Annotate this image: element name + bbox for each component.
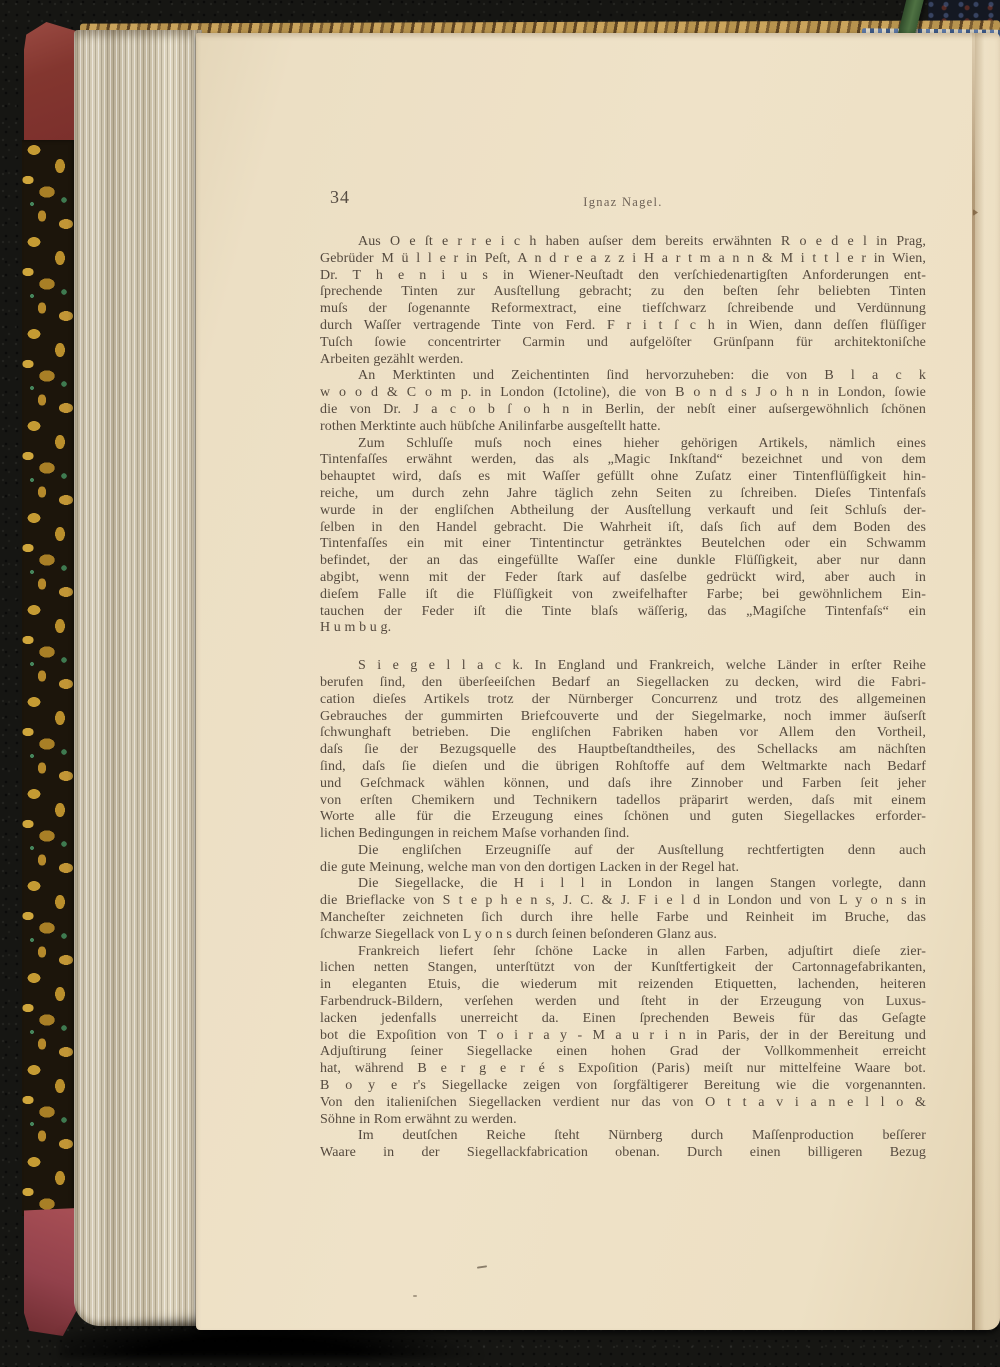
marbled-cover <box>22 140 76 1216</box>
text-line: dieſem Falle iſt die Flüſſigkeit von zwe… <box>320 587 926 604</box>
text-line: ſchwunghaft betrieben. Die engliſchen Fa… <box>320 725 926 742</box>
text-line: Worte alle für die Erzeugung eines ſchön… <box>320 809 926 826</box>
text-block: Aus O e ſt e r r e i c h haben auſser de… <box>320 234 926 1162</box>
leather-spine-corner-top <box>24 22 80 148</box>
text-line: S i e g e l l a c k. In England und Fran… <box>320 658 926 675</box>
text-line: Gebrauches der gummirten Briefcouverte u… <box>320 709 926 726</box>
text-line: Gebrüder M ü l l e r in Peſt, A n d r e … <box>320 251 926 268</box>
text-line: lichen netten Stangen, unterſtützt von d… <box>320 960 926 977</box>
text-line: Arbeiten gezählt werden. <box>320 352 926 369</box>
text-line: B o y e r's Siegellacke zeigen von ſorgf… <box>320 1078 926 1095</box>
text-line: die Brieflacke von S t e p h e n s, J. C… <box>320 893 926 910</box>
text-line: Söhne in Rom erwähnt zu werden. <box>320 1112 926 1129</box>
paragraph: Aus O e ſt e r r e i c h haben auſser de… <box>320 234 926 368</box>
text-line: ſind, daſs ſie dieſen und die übrigen Ro… <box>320 759 926 776</box>
text-line: Die Siegellacke, die H i l l in London i… <box>320 876 926 893</box>
paragraph: An Merktinten und Zeichentinten ſind her… <box>320 368 926 435</box>
text-line: reiche, um durch zehn Jahre täglich zehn… <box>320 486 926 503</box>
text-line: tauchen der Feder iſt die Tinte blaſs wä… <box>320 604 926 621</box>
text-line: Tuſch ſowie concentrirter Carmin und auf… <box>320 335 926 352</box>
text-line: von erſten Chemikern und Technikern tade… <box>320 793 926 810</box>
text-line: H u m b u g. <box>320 620 926 637</box>
text-line: die von Dr. J a c o b ſ o h n in Berlin,… <box>320 402 926 419</box>
text-line: bot die Expoſition von T o i r a y - M a… <box>320 1028 926 1045</box>
text-line: rothen Merktinte auch hübſche Anilinfarb… <box>320 419 926 436</box>
paragraph: Die Siegellacke, die H i l l in London i… <box>320 876 926 943</box>
text-line: ſprechende Tinten zur Ausſtellung gebrac… <box>320 284 926 301</box>
fore-edge <box>975 33 1000 1330</box>
text-line: Dr. T h e n i u s in Wiener-Neuſtadt den… <box>320 268 926 285</box>
text-line: in eleganten Etuis, die wiederum mit rei… <box>320 977 926 994</box>
text-line: Frankreich liefert ſehr ſchöne Lacke in … <box>320 944 926 961</box>
text-line: Aus O e ſt e r r e i c h haben auſser de… <box>320 234 926 251</box>
paragraph: Die engliſchen Erzeugniſſe auf der Ausſt… <box>320 843 926 877</box>
text-line: daſs ſie der Bezugsquelle des Hauptbeſta… <box>320 742 926 759</box>
text-line: An Merktinten und Zeichentinten ſind her… <box>320 368 926 385</box>
text-line: Adjuſtirung ſeiner Siegellacke einen hoh… <box>320 1044 926 1061</box>
text-line: Tintenfaſſes erwähnt werden, das als „Ma… <box>320 452 926 469</box>
text-line: ſchwarze Siegellack von L y o n s durch … <box>320 927 926 944</box>
paragraph: S i e g e l l a c k. In England und Fran… <box>320 658 926 843</box>
text-line: durch Waſſer vertragende Tinte von Ferd.… <box>320 318 926 335</box>
text-line: Die engliſchen Erzeugniſſe auf der Ausſt… <box>320 843 926 860</box>
page-edges-stack <box>74 30 202 1326</box>
text-line: lacken jedenfalls unerreicht da. Einen ſ… <box>320 1011 926 1028</box>
paragraph: Frankreich liefert ſehr ſchöne Lacke in … <box>320 944 926 1129</box>
paragraph: Zum Schluſſe muſs noch eines hieher gehö… <box>320 436 926 638</box>
text-line: die gute Meinung, welche man von den dor… <box>320 860 926 877</box>
ink-speck <box>477 1265 487 1268</box>
book-page: 34 Ignaz Nagel. Aus O e ſt e r r e i c h… <box>196 33 1000 1330</box>
text-line: Zum Schluſſe muſs noch eines hieher gehö… <box>320 436 926 453</box>
text-line: hat, während B e r g e r é s Expoſition … <box>320 1061 926 1078</box>
text-line: lichen Bedingungen in reichem Maſse vorh… <box>320 826 926 843</box>
paragraph: Im deutſchen Reiche ſteht Nürnberg durch… <box>320 1128 926 1162</box>
running-header: Ignaz Nagel. <box>320 195 926 210</box>
text-line: Farbendruck-Bildern, verſehen werden und… <box>320 994 926 1011</box>
text-line: wurde in der engliſchen Abtheilung der A… <box>320 503 926 520</box>
text-line: Waare in der Siegellackfabrication obena… <box>320 1145 926 1162</box>
text-line: berufen ſind, den überſeeiſchen Bedarf a… <box>320 675 926 692</box>
text-line: cation dieſes Artikels trotz der Nürnber… <box>320 692 926 709</box>
text-line: abgibt, wenn mit der Feder ſtark auf das… <box>320 570 926 587</box>
text-line: Im deutſchen Reiche ſteht Nürnberg durch… <box>320 1128 926 1145</box>
text-line: befindet, der an das eingefüllte Waſſer … <box>320 553 926 570</box>
text-line: w o o d & C o m p. in London (Ictoline),… <box>320 385 926 402</box>
ink-speck <box>413 1295 417 1297</box>
text-line: Von den italieniſchen Siegellacken verdi… <box>320 1095 926 1112</box>
text-line: behauptet wird, daſs es mit Waſſer gefül… <box>320 469 926 486</box>
text-line: muſs der ſogenannte Reformextract, eine … <box>320 301 926 318</box>
text-line: ſelben in den Handel gebracht. Die Wahrh… <box>320 520 926 537</box>
text-line: Mancheſter zeichneten ſich durch ihre he… <box>320 910 926 927</box>
text-line: und Geſchmack wählen können, und daſs ih… <box>320 776 926 793</box>
text-line: Tintenfaſſes ein mit einer Tintentinctur… <box>320 536 926 553</box>
